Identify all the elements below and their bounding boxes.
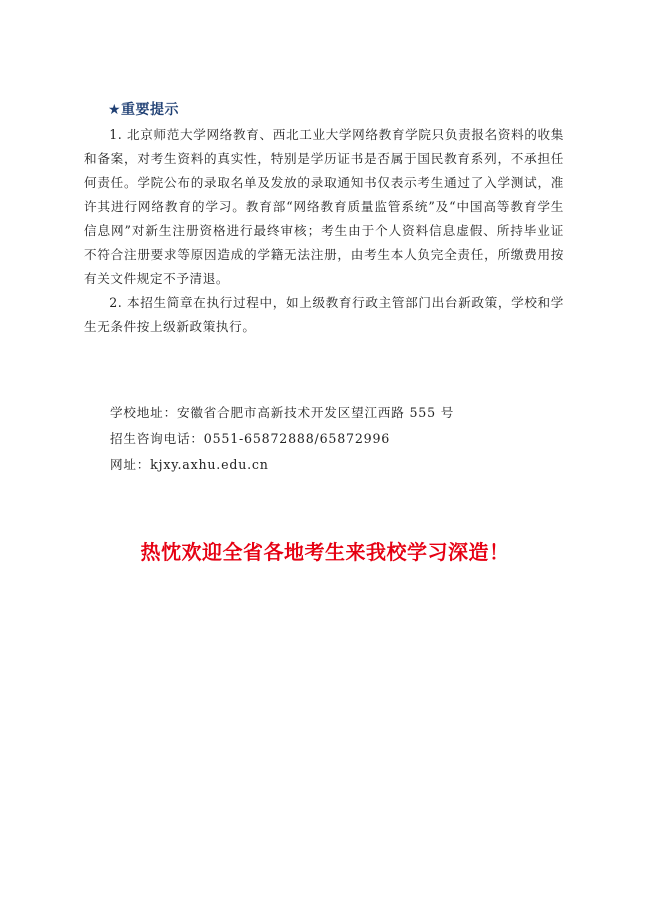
contact-info: 学校地址：安徽省合肥市高新技术开发区望江西路 555 号 招生咨询电话：0551… [110, 400, 454, 478]
notice-paragraph-2: 2. 本招生简章在执行过程中，如上级教育行政主管部门出台新政策，学校和学生无条件… [84, 291, 564, 339]
notice-heading: ★重要提示 [108, 99, 179, 119]
notice-body: 1. 北京师范大学网络教育、西北工业大学网络教育学院只负责报名资料的收集和备案，… [84, 123, 564, 339]
welcome-slogan: 热忱欢迎全省各地考生来我校学习深造！ [0, 536, 650, 565]
website: 网址：kjxy.axhu.edu.cn [110, 452, 454, 478]
enrollment-phone: 招生咨询电话：0551-65872888/65872996 [110, 426, 454, 452]
school-address: 学校地址：安徽省合肥市高新技术开发区望江西路 555 号 [110, 400, 454, 426]
notice-paragraph-1: 1. 北京师范大学网络教育、西北工业大学网络教育学院只负责报名资料的收集和备案，… [84, 123, 564, 291]
